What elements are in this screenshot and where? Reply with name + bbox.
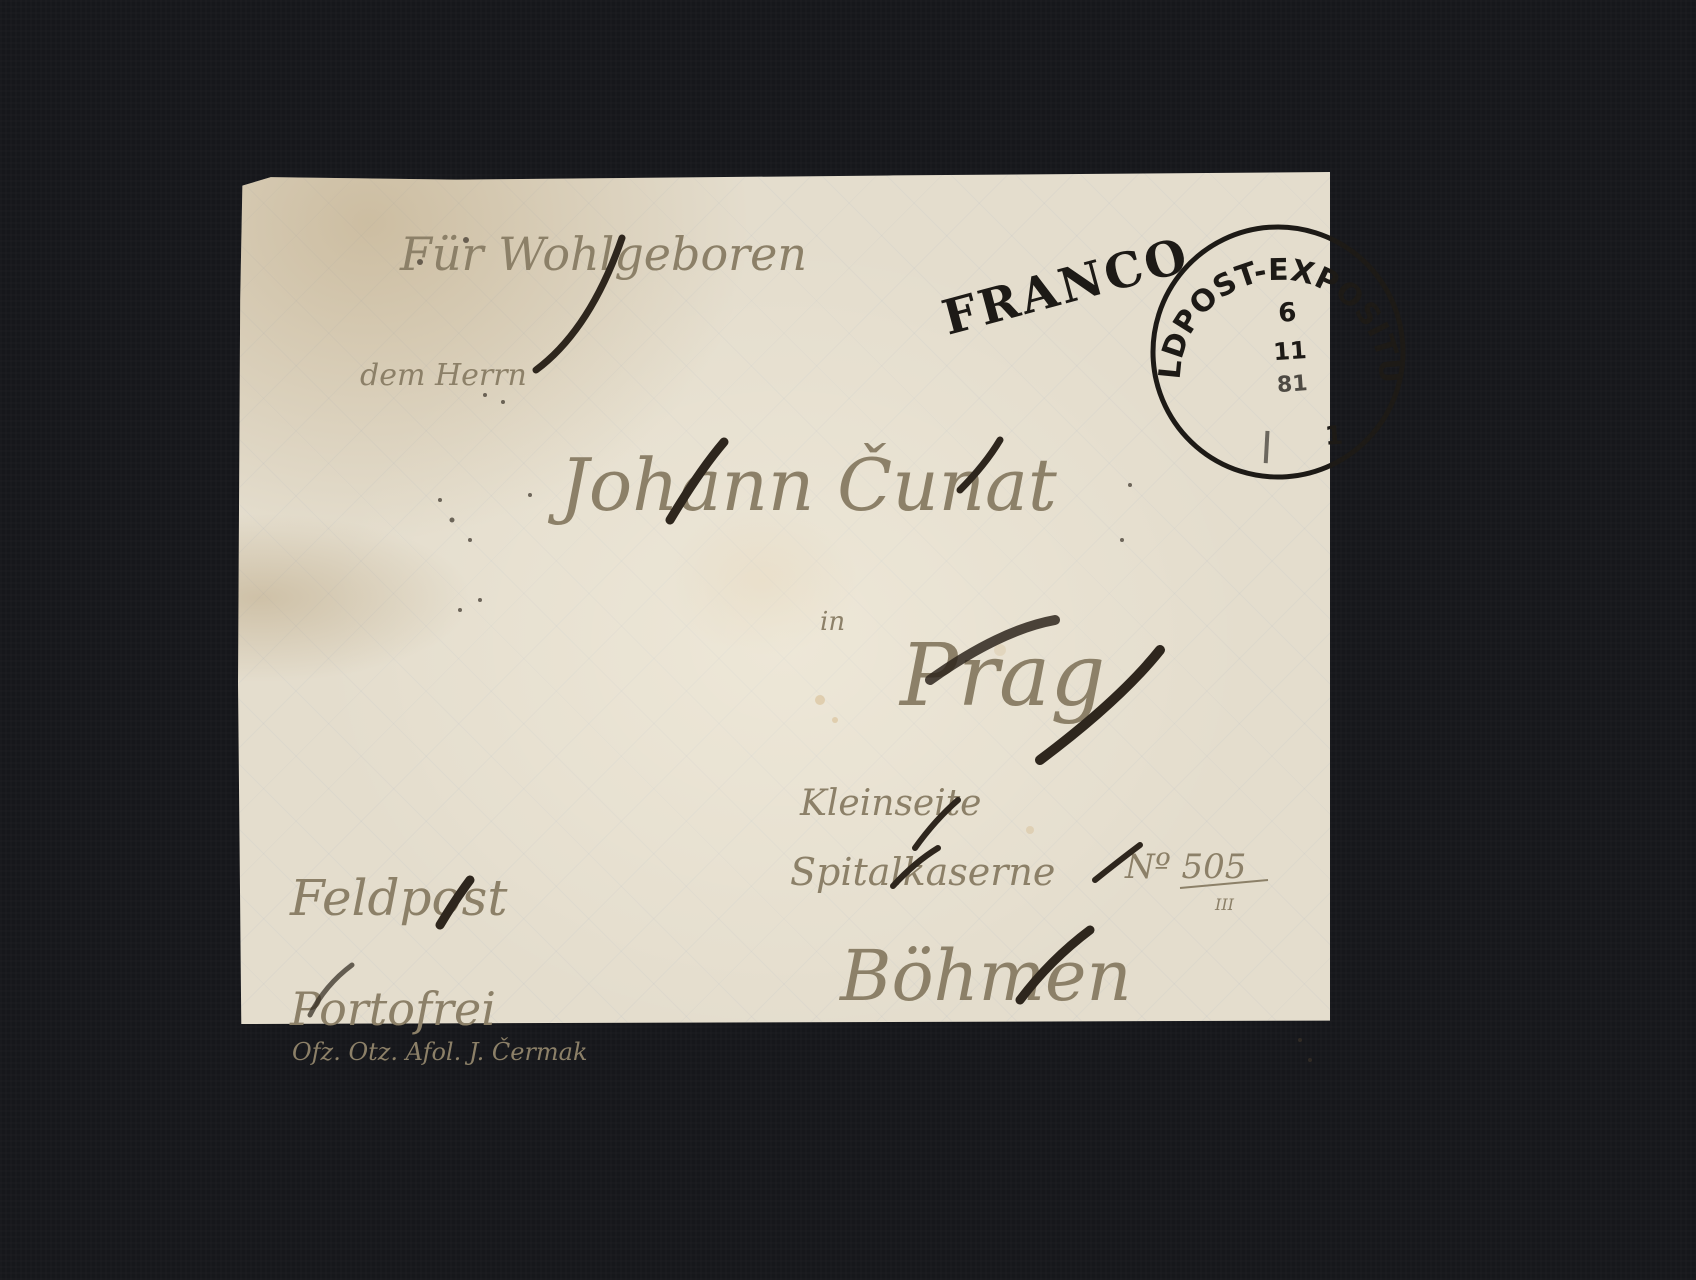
sender-notes: Feldpost Portofrei Ofz. Otz. Afol. J. Če…: [289, 869, 588, 1066]
svg-text:6: 6: [1277, 298, 1297, 329]
sender-signature: Ofz. Otz. Afol. J. Čermak: [292, 1037, 588, 1066]
portofrei-note: Portofrei: [289, 982, 496, 1036]
svg-text:1: 1: [1324, 421, 1344, 452]
preposition: in: [820, 607, 845, 637]
addressee-prefix: dem Herrn: [360, 358, 527, 393]
feldpost-note: Feldpost: [289, 869, 508, 927]
salutation: Für Wohlgeboren: [399, 227, 807, 281]
house-number-sub: III: [1214, 895, 1235, 914]
svg-text:11: 11: [1272, 336, 1307, 366]
addressee-name: Johann Čunat: [547, 441, 1058, 527]
envelope-markings: FRANCO FELDPOST-EXPOSITUR 6 11 81 1 Für …: [0, 0, 1696, 1280]
house-number: Nº 505: [1124, 847, 1246, 887]
country: Böhmen: [838, 935, 1132, 1017]
photo-scene: FRANCO FELDPOST-EXPOSITUR 6 11 81 1 Für …: [0, 0, 1696, 1280]
svg-text:81: 81: [1276, 371, 1308, 398]
